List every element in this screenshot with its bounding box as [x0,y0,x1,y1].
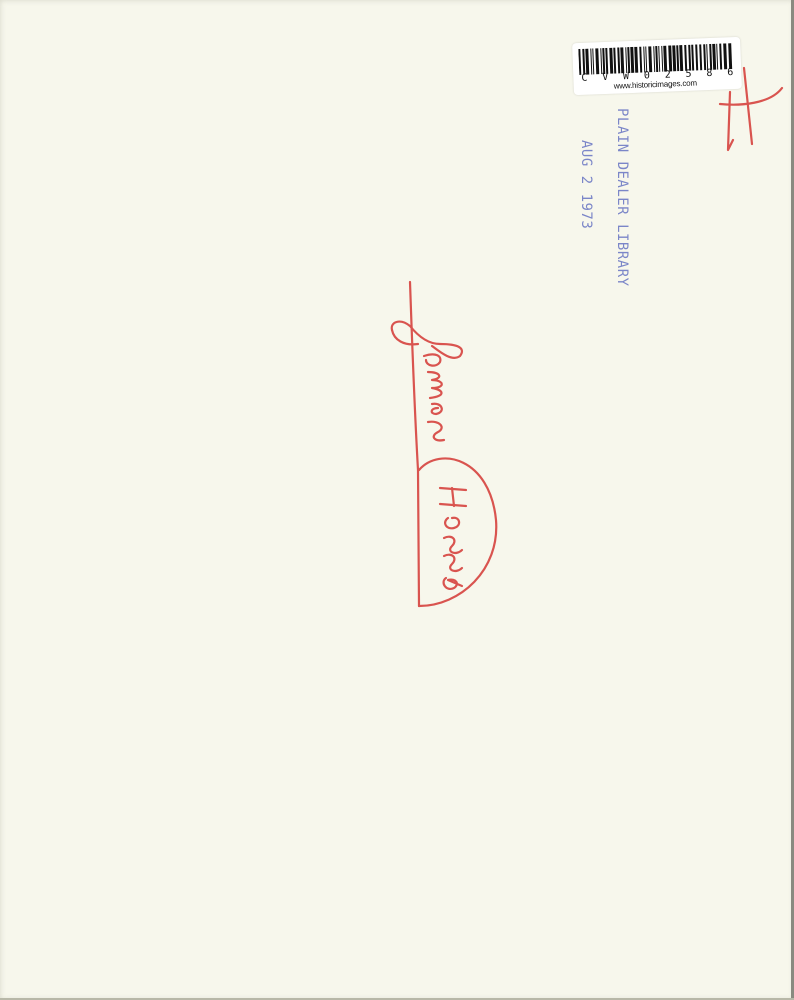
handwriting-layer [0,0,794,1000]
corner-mark-icon [720,68,782,150]
signature-icon [392,282,497,606]
